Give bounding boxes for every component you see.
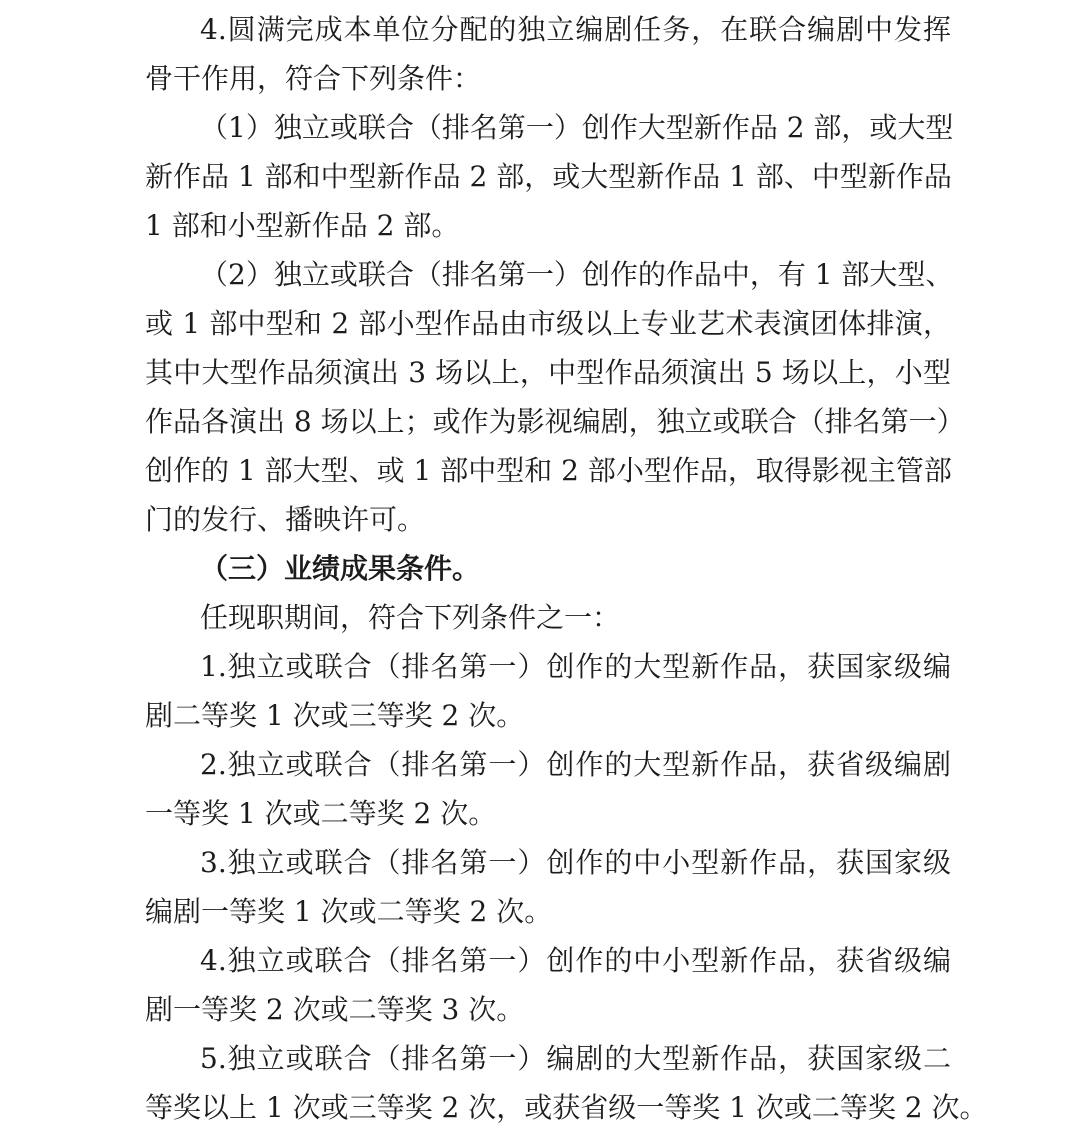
paragraph-sub-1-line-2: 新作品 1 部和中型新作品 2 部，或大型新作品 1 部、中型新作品 — [145, 157, 951, 197]
section-intro: 任现职期间，符合下列条件之一： — [200, 598, 951, 638]
paragraph-sub-2-line-5: 创作的 1 部大型、或 1 部中型和 2 部小型作品，取得影视主管部 — [145, 451, 951, 491]
document-page: 4.圆满完成本单位分配的独立编剧任务，在联合编剧中发挥 骨干作用，符合下列条件：… — [0, 0, 1080, 1123]
paragraph-sub-2-line-1: （2）独立或联合（排名第一）创作的作品中，有 1 部大型、 — [200, 255, 951, 295]
condition-3-line-1: 3.独立或联合（排名第一）创作的中小型新作品，获国家级 — [200, 843, 951, 883]
paragraph-sub-2-line-2: 或 1 部中型和 2 部小型作品由市级以上专业艺术表演团体排演， — [145, 304, 951, 344]
condition-5-line-1: 5.独立或联合（排名第一）编剧的大型新作品，获国家级二 — [200, 1039, 951, 1079]
condition-2-line-2: 一等奖 1 次或二等奖 2 次。 — [145, 794, 951, 834]
condition-1-line-2: 剧二等奖 1 次或三等奖 2 次。 — [145, 696, 951, 736]
condition-4-line-2: 剧一等奖 2 次或二等奖 3 次。 — [145, 990, 951, 1030]
paragraph-sub-2-line-4: 作品各演出 8 场以上；或作为影视编剧，独立或联合（排名第一） — [145, 402, 951, 442]
paragraph-sub-1-line-3: 1 部和小型新作品 2 部。 — [145, 206, 951, 246]
condition-1-line-1: 1.独立或联合（排名第一）创作的大型新作品，获国家级编 — [200, 647, 951, 687]
condition-3-line-2: 编剧一等奖 1 次或二等奖 2 次。 — [145, 892, 951, 932]
paragraph-item-4-line-2: 骨干作用，符合下列条件： — [145, 59, 951, 99]
condition-5-line-2: 等奖以上 1 次或三等奖 2 次，或获省级一等奖 1 次或二等奖 2 次。 — [145, 1088, 951, 1123]
section-heading: （三）业绩成果条件。 — [200, 549, 951, 589]
paragraph-sub-1-line-1: （1）独立或联合（排名第一）创作大型新作品 2 部，或大型 — [200, 108, 951, 148]
paragraph-sub-2-line-3: 其中大型作品须演出 3 场以上，中型作品须演出 5 场以上，小型 — [145, 353, 951, 393]
condition-4-line-1: 4.独立或联合（排名第一）创作的中小型新作品，获省级编 — [200, 941, 951, 981]
paragraph-item-4-line-1: 4.圆满完成本单位分配的独立编剧任务，在联合编剧中发挥 — [200, 10, 951, 50]
paragraph-sub-2-line-6: 门的发行、播映许可。 — [145, 500, 951, 540]
condition-2-line-1: 2.独立或联合（排名第一）创作的大型新作品，获省级编剧 — [200, 745, 951, 785]
